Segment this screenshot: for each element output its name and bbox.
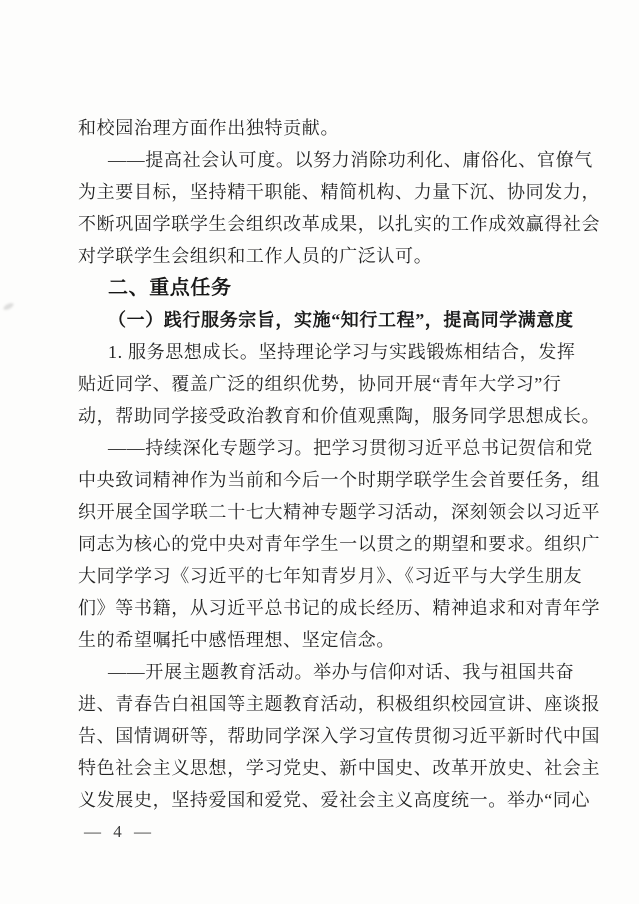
- body-line: 和校园治理方面作出独特贡献。: [78, 112, 565, 144]
- body-line: 为主要目标，坚持精干职能、精简机构、力量下沉、协同发力，: [78, 176, 565, 208]
- body-line: 进、青春告白祖国等主题教育活动，积极组织校园宣讲、座谈报: [78, 688, 565, 720]
- page-number: — 4 —: [84, 816, 155, 848]
- body-line: 生的希望嘱托中感悟理想、坚定信念。: [78, 624, 565, 656]
- body-line: 不断巩固学联学生会组织改革成果，以扎实的工作成效赢得社会: [78, 208, 565, 240]
- body-line: 贴近同学、覆盖广泛的组织优势，协同开展“青年大学习”行: [78, 368, 565, 400]
- body-line: 们》等书籍，从习近平总书记的成长经历、精神追求和对青年学: [78, 592, 565, 624]
- body-line: ——提高社会认可度。以努力消除功利化、庸俗化、官僚气: [78, 144, 565, 176]
- body-line: 义发展史，坚持爱国和爱党、爱社会主义高度统一。举办“同心: [78, 784, 565, 816]
- body-line: ——持续深化专题学习。把学习贯彻习近平总书记贺信和党: [78, 432, 565, 464]
- subsection-heading: （一）践行服务宗旨，实施“知行工程”，提高同学满意度: [78, 304, 565, 336]
- body-line: 动，帮助同学接受政治教育和价值观熏陶，服务同学思想成长。: [78, 400, 565, 432]
- body-line: 1. 服务思想成长。坚持理论学习与实践锻炼相结合，发挥: [78, 336, 565, 368]
- body-line: 中央致词精神作为当前和今后一个时期学联学生会首要任务，组: [78, 464, 565, 496]
- document-page: 和校园治理方面作出独特贡献。 ——提高社会认可度。以努力消除功利化、庸俗化、官僚…: [0, 0, 639, 904]
- body-line: 织开展全国学联二十七大精神专题学习活动，深刻领会以习近平: [78, 496, 565, 528]
- body-line: ——开展主题教育活动。举办与信仰对话、我与祖国共奋: [78, 656, 565, 688]
- body-line: 对学联学生会组织和工作人员的广泛认可。: [78, 240, 565, 272]
- body-line: 告、国情调研等，帮助同学深入学习宣传贯彻习近平新时代中国: [78, 720, 565, 752]
- scan-smudge-artifact: [2, 302, 14, 312]
- body-line: 大同学学习《习近平的七年知青岁月》、《习近平与大学生朋友: [78, 560, 565, 592]
- section-heading: 二、重点任务: [78, 272, 565, 304]
- body-line: 同志为核心的党中央对青年学生一以贯之的期望和要求。组织广: [78, 528, 565, 560]
- body-line: 特色社会主义思想，学习党史、新中国史、改革开放史、社会主: [78, 752, 565, 784]
- document-body: 和校园治理方面作出独特贡献。 ——提高社会认可度。以努力消除功利化、庸俗化、官僚…: [78, 112, 565, 816]
